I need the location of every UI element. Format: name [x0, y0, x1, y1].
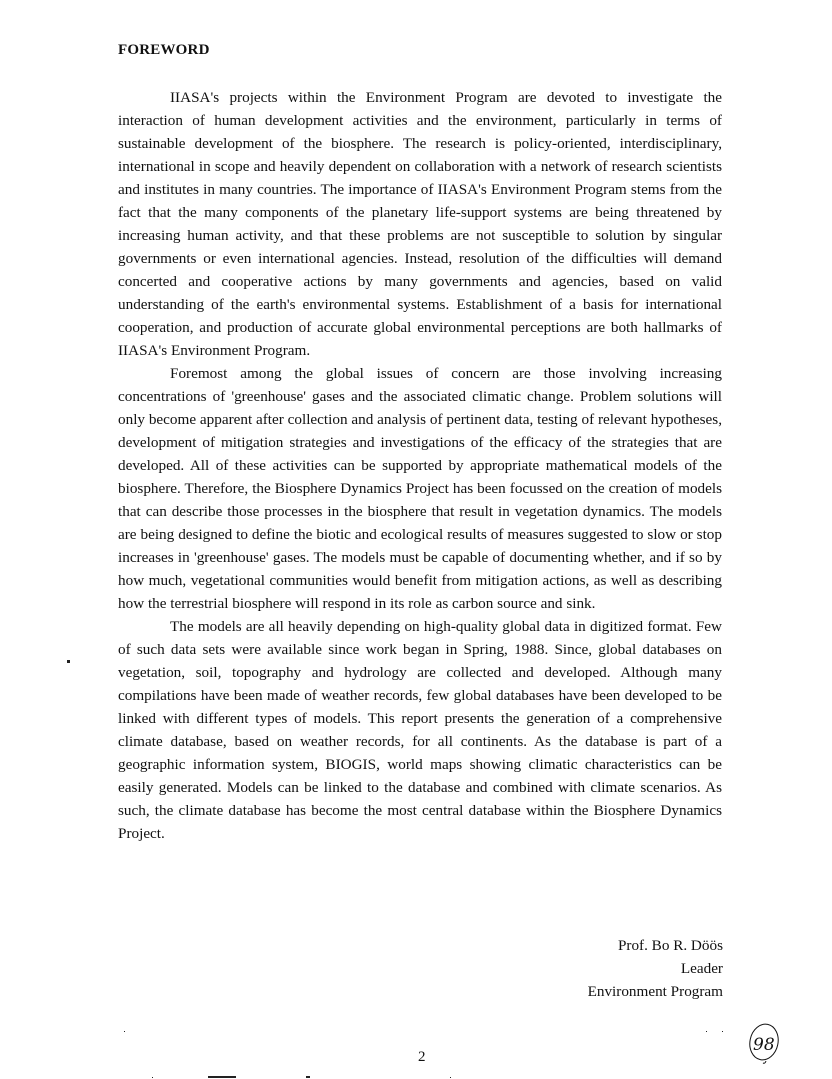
scan-dot — [706, 1031, 707, 1032]
scan-dot — [67, 660, 70, 663]
signature-block: Prof. Bo R. Döös Leader Environment Prog… — [588, 934, 723, 1003]
svg-text:98: 98 — [753, 1035, 775, 1055]
paragraph-1: IIASA's projects within the Environment … — [118, 86, 722, 362]
scan-dot — [722, 1031, 723, 1032]
signature-unit: Environment Program — [588, 980, 723, 1003]
scan-dot — [152, 1077, 153, 1078]
page-heading: FOREWORD — [118, 42, 210, 59]
signature-title: Leader — [588, 957, 723, 980]
paragraph-3: The models are all heavily depending on … — [118, 615, 722, 845]
scan-dot — [124, 1031, 125, 1032]
paragraph-2: Foremost among the global issues of conc… — [118, 362, 722, 615]
scan-underline — [208, 1076, 236, 1078]
handwritten-circled-number-icon: 98 — [745, 1022, 781, 1066]
foreword-body: IIASA's projects within the Environment … — [118, 86, 722, 845]
signature-name: Prof. Bo R. Döös — [588, 934, 723, 957]
page-number: 2 — [418, 1049, 426, 1066]
scan-dot — [450, 1077, 451, 1078]
scan-dash — [306, 1076, 310, 1078]
